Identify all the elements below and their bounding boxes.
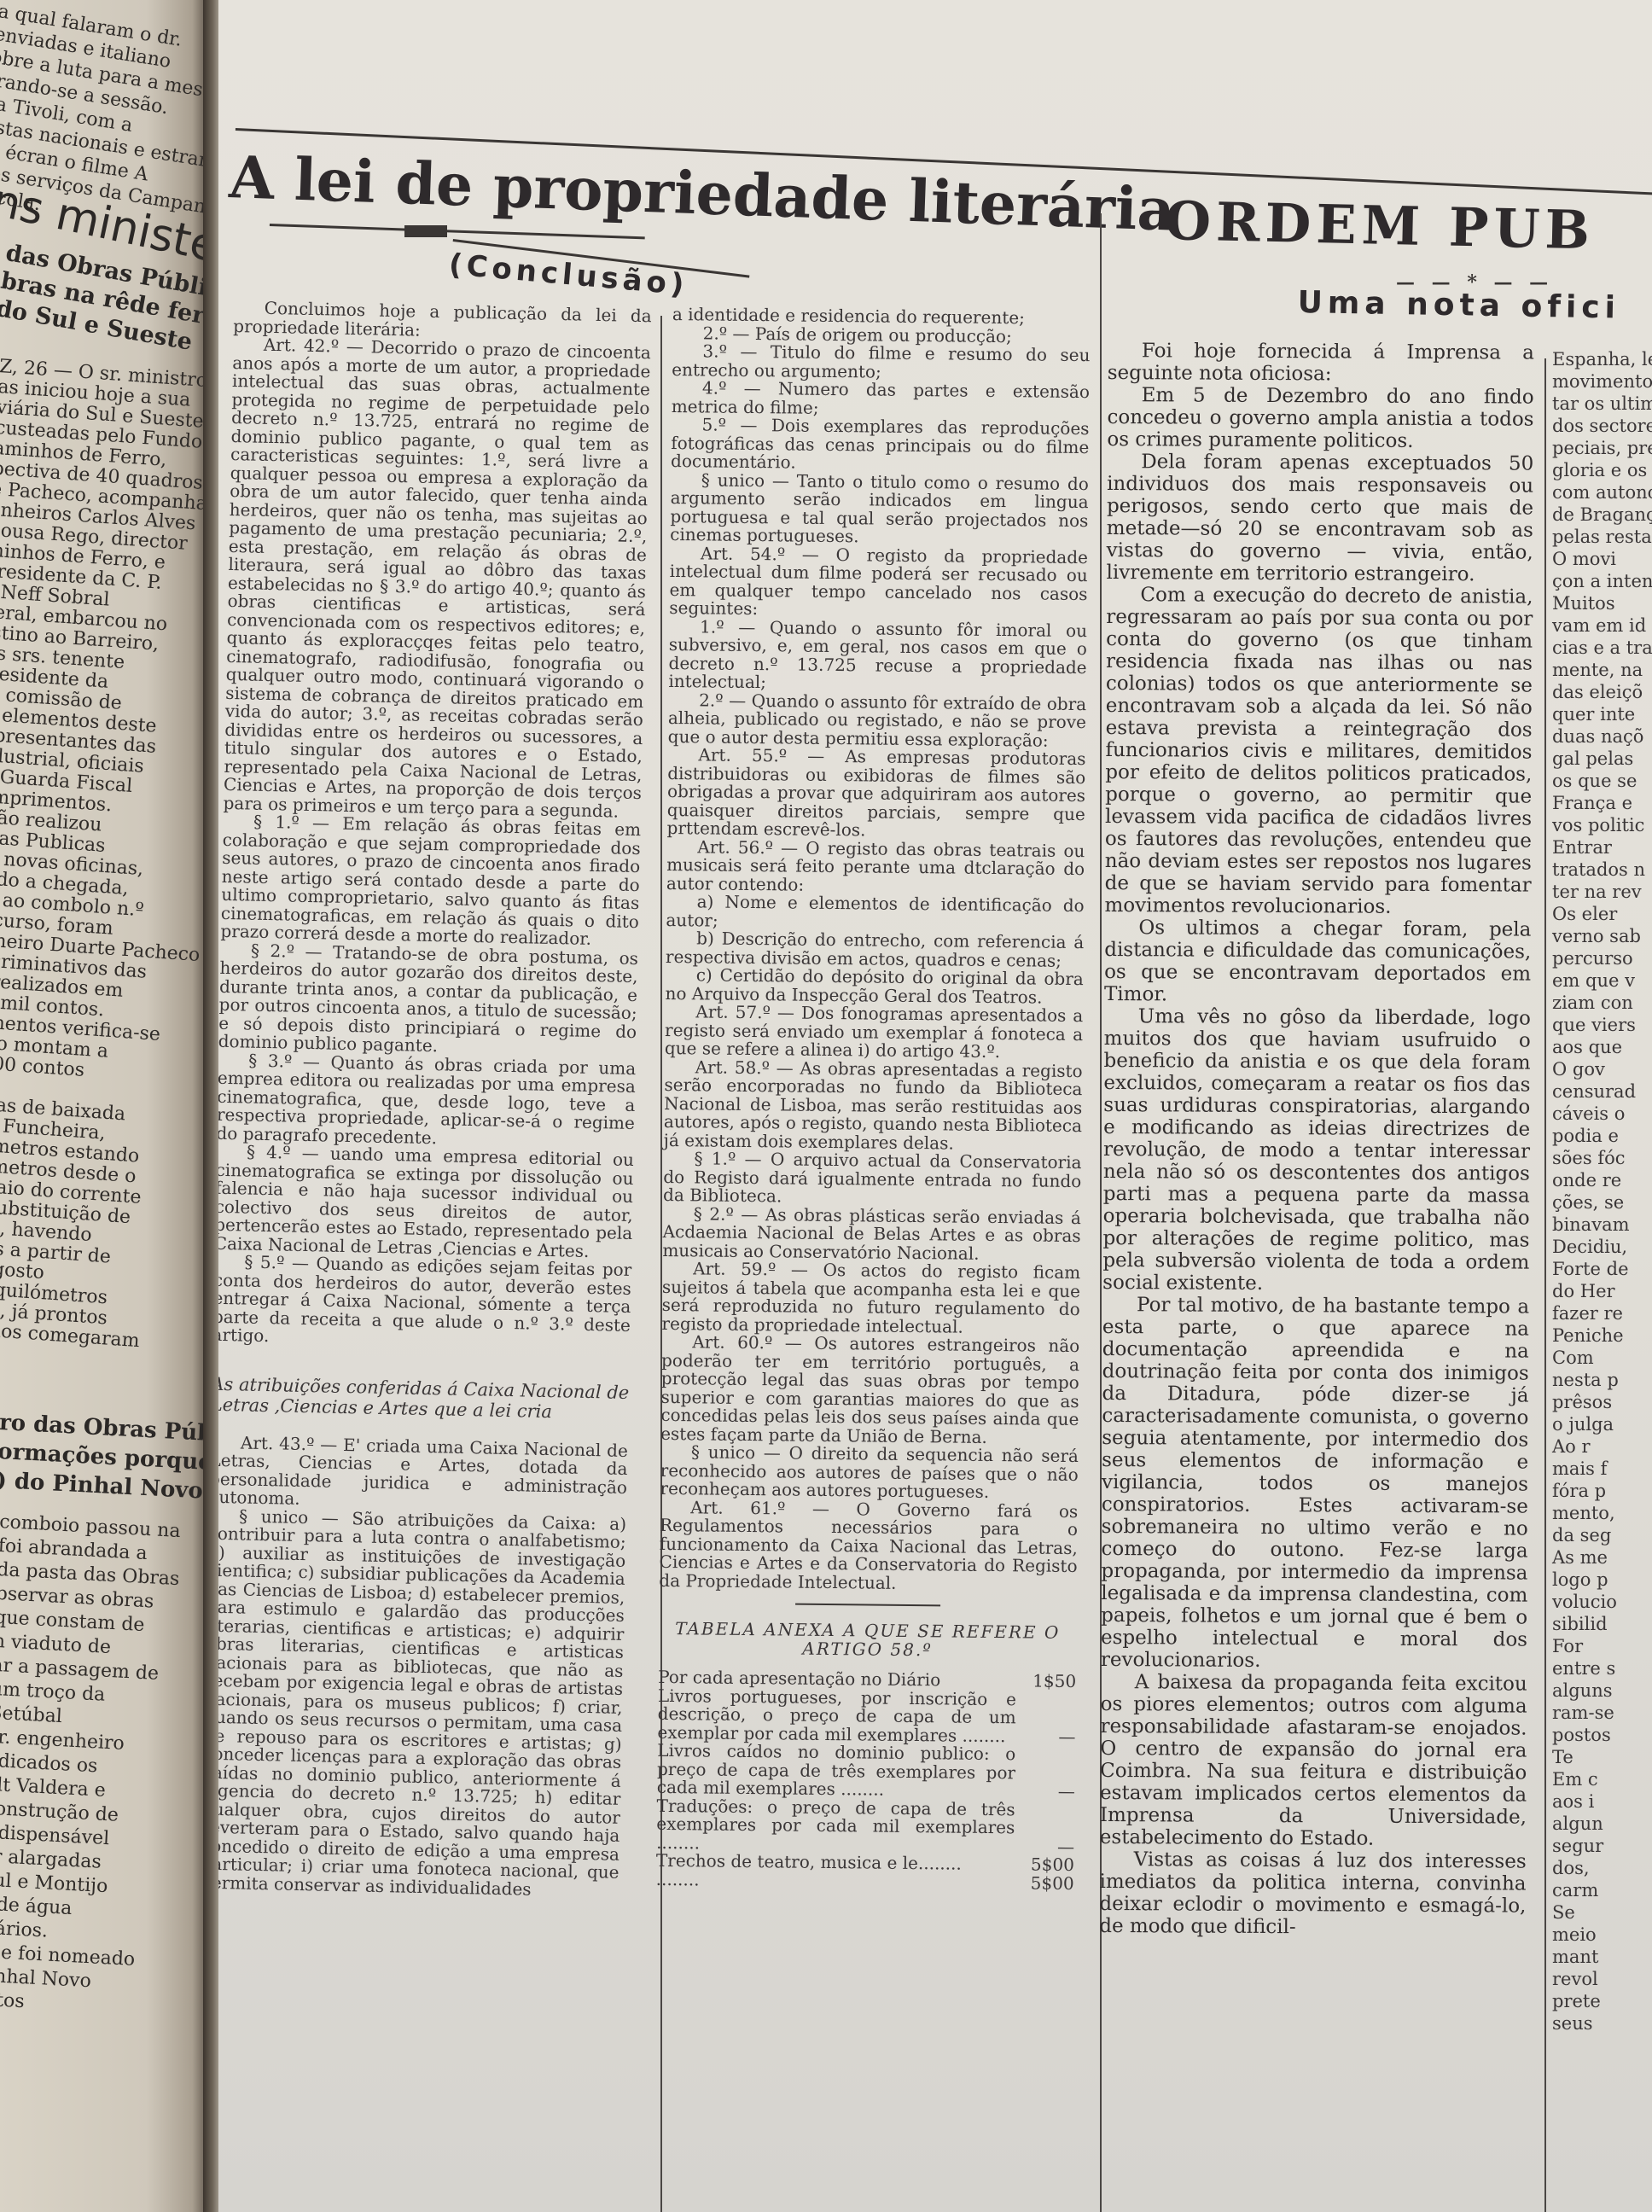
text-line: prete — [1552, 1990, 1652, 2012]
paragraph: Art. 61.º — O Governo fará os Regulament… — [659, 1498, 1078, 1594]
text-line: algun — [1552, 1813, 1652, 1835]
text-line: Forte de — [1552, 1258, 1652, 1280]
title-underline-center-block — [404, 225, 447, 237]
text-line: sibilid — [1552, 1613, 1652, 1635]
paragraph: § unico — O direito da sequencia não ser… — [660, 1443, 1079, 1503]
paragraph: 5.º — Dois exemplares das reproduções fo… — [671, 416, 1090, 475]
text-line: o julga — [1552, 1413, 1652, 1435]
paragraph: Art. 42.º — Decorrido o prazo de cincoen… — [223, 335, 651, 821]
text-line: onde re — [1552, 1169, 1652, 1191]
text-line: de Bragança — [1552, 504, 1652, 526]
text-line: censurad — [1552, 1080, 1652, 1103]
text-line: Espanha, le — [1552, 348, 1652, 370]
text-line: ram-se — [1552, 1702, 1652, 1724]
text-line: quer inte — [1552, 703, 1652, 725]
text-line: dos sectores — [1552, 415, 1652, 437]
text-line: verno sab — [1552, 925, 1652, 947]
text-line: ções, se — [1552, 1191, 1652, 1214]
text-line: logo p — [1552, 1569, 1652, 1591]
text-line: pelas resta — [1552, 526, 1652, 548]
paragraph: Art. 56.º — O registo das obras teatrais… — [666, 837, 1085, 897]
paragraph: Uma vês no gôso da liberdade, logo muito… — [1102, 1005, 1531, 1296]
paragraph: Art. 60.º — Os autores estrangeiros não … — [660, 1333, 1079, 1447]
paragraph: Em 5 de Dezembro do ano findo concedeu o… — [1107, 384, 1533, 453]
article-title-ordem-publica: ORDEM PUB — [1164, 189, 1595, 261]
text-line: tar os ultim — [1552, 393, 1652, 415]
paragraph: § unico — São atribuições da Caixa: a) c… — [218, 1506, 626, 1901]
text-line: Os eler — [1552, 903, 1652, 925]
text-line: peciais, pre — [1552, 437, 1652, 459]
text-line: cias e a tra — [1552, 637, 1652, 659]
paragraph: Os ultimos a chegar foram, pela distanci… — [1104, 917, 1532, 1008]
text-line: meio — [1552, 1924, 1652, 1946]
table-cell-price: — — [1024, 1727, 1075, 1746]
paragraph: Dela foram apenas exceptuados 50 individ… — [1107, 451, 1534, 586]
left-page-subheading-2: ro das Obras Públicasormações porque pas… — [0, 1408, 209, 1511]
text-line: tratados n — [1552, 859, 1652, 881]
text-line: dos, — [1552, 1857, 1652, 1879]
text-line: duas naçõ — [1552, 725, 1652, 748]
paragraph: § 2.º — Tratando-se de obra postuma, os … — [218, 940, 638, 1059]
left-page: a qual falaram o dr.enviadas e italianoo… — [0, 0, 209, 2212]
paragraph: Com a execução do decreto de anistia, re… — [1104, 584, 1533, 919]
text-line: movimento — [1552, 370, 1652, 393]
paragraph: Foi hoje fornecida á Imprensa a seguinte… — [1108, 340, 1534, 387]
text-line: Ao r — [1552, 1435, 1652, 1458]
table-divider — [795, 1604, 940, 1607]
text-line: volucio — [1552, 1591, 1652, 1613]
text-line: binavam — [1552, 1214, 1652, 1236]
title-underline — [270, 224, 645, 239]
fee-table: Por cada apresentação no Diário1$50 Livr… — [656, 1668, 1077, 1893]
text-line: do Her — [1552, 1280, 1652, 1302]
text-line: mant — [1552, 1946, 1652, 1968]
text-line: da seg — [1552, 1524, 1652, 1546]
text-line: vos politic — [1552, 814, 1652, 836]
paragraph: § unico — Tanto o titulo como o resumo d… — [670, 470, 1089, 548]
table-cell-desc: Livros portugueses, por inscrição e desc… — [657, 1686, 1025, 1745]
article2-column-2-partial: Espanha, lemovimentotar os ultimdos sect… — [1552, 348, 1652, 2034]
paragraph: 1.º — Quando o assunto fôr imoral ou sub… — [668, 617, 1087, 695]
text-line: fazer re — [1552, 1302, 1652, 1324]
text-line: com autono — [1552, 481, 1652, 504]
text-line: sões fóc — [1552, 1147, 1652, 1169]
table-row: Livros portugueses, por inscrição e desc… — [657, 1686, 1076, 1746]
article2-column-1: Foi hoje fornecida á Imprensa a seguinte… — [1099, 340, 1534, 1940]
text-line: Te — [1552, 1746, 1652, 1768]
text-line: Peniche — [1552, 1324, 1652, 1347]
text-line: O gov — [1552, 1058, 1652, 1080]
text-line: aos i — [1552, 1790, 1652, 1813]
text-line: Entrar — [1552, 836, 1652, 859]
text-line: gloria e os — [1552, 459, 1652, 481]
newspaper-page: A lei de propriedade literária (Conclusã… — [218, 0, 1652, 2212]
text-line: nesta p — [1552, 1369, 1652, 1391]
paragraph: § 3.º — Quanto ás obras criada por uma e… — [218, 1051, 636, 1151]
text-line: alguns — [1552, 1679, 1652, 1702]
table-cell-desc: ........ — [656, 1870, 1023, 1892]
paragraph: A baixesa da propaganda feita excitou os… — [1100, 1671, 1527, 1851]
left-page-body: Z, 26 — O sr. ministroas iniciou hoje a … — [0, 357, 209, 1375]
text-line: Se — [1552, 1901, 1652, 1924]
table-cell-price: 5$00 — [1023, 1855, 1074, 1874]
text-line: podia e — [1552, 1125, 1652, 1147]
text-line: cáveis o — [1552, 1103, 1652, 1125]
text-line: mento, — [1552, 1502, 1652, 1524]
text-line: mais f — [1552, 1458, 1652, 1480]
text-line: Com — [1552, 1347, 1652, 1369]
text-line: fóra p — [1552, 1480, 1652, 1502]
text-line: das eleiçõ — [1552, 681, 1652, 703]
table-cell-desc: Traduções: o preço de capa de três exemp… — [656, 1796, 1024, 1855]
paragraph: § 5.º — Quando as edições sejam feitas p… — [218, 1253, 631, 1353]
text-line: Em c — [1552, 1768, 1652, 1790]
text-line: aos que — [1552, 1036, 1652, 1058]
text-line: em que v — [1552, 969, 1652, 992]
paragraph: § 2.º — As obras plásticas serão enviada… — [662, 1204, 1081, 1264]
text-line: os que se — [1552, 770, 1652, 792]
text-line: que viers — [1552, 1014, 1652, 1036]
table-cell-price: — — [1024, 1782, 1075, 1801]
text-line: revol — [1552, 1968, 1652, 1990]
table-row: Traduções: o preço de capa de três exemp… — [656, 1796, 1075, 1856]
table-row: ........5$00 — [656, 1870, 1074, 1893]
text-line: ter na rev — [1552, 881, 1652, 903]
paragraph: Art. 54.º — O registo da propriedade int… — [669, 544, 1088, 621]
article1-column-1: Concluimos hoje a publicação da lei da p… — [218, 299, 652, 1901]
text-line: For — [1552, 1635, 1652, 1657]
table-cell-price: 5$00 — [1023, 1874, 1074, 1893]
paragraph: Art. 55.º — As empresas produtoras distr… — [666, 746, 1085, 842]
section-subheading: As atribuições conferidas á Caixa Nacion… — [218, 1373, 630, 1423]
text-line: Decidiu, — [1552, 1236, 1652, 1258]
paragraph: Art. 57.º — Dos fonogramas apresentados … — [665, 1003, 1084, 1062]
text-line: Muitos — [1552, 592, 1652, 614]
text-line: seus — [1552, 2012, 1652, 2034]
paragraph: Art. 43.º — E' criada uma Caixa Nacional… — [218, 1433, 628, 1515]
paragraph: § 4.º — uando uma empresa editorial ou c… — [218, 1143, 634, 1261]
column-divider-right — [1544, 358, 1546, 2212]
table-cell-desc: Livros caídos no dominio publico: o preç… — [657, 1742, 1025, 1801]
text-line: gal pelas — [1552, 748, 1652, 770]
text-line: As me — [1552, 1546, 1652, 1569]
article-subtitle-nota-oficiosa: Uma nota ofici — [1297, 285, 1620, 326]
paragraph: § 1.º — Em relação ás obras feitas em co… — [220, 812, 641, 950]
text-line: segur — [1552, 1835, 1652, 1857]
fee-table-title: TABELA ANEXA A QUE SE REFERE O ARTIGO 58… — [658, 1619, 1076, 1661]
text-line: çon a intens — [1552, 570, 1652, 592]
text-line: mente, na — [1552, 659, 1652, 681]
paragraph: Art. 59.º — Os actos do registo ficam su… — [661, 1260, 1080, 1337]
paragraph: Por tal motivo, de ha bastante tempo a e… — [1101, 1294, 1529, 1674]
text-line: postos — [1552, 1724, 1652, 1746]
text-line: O movi — [1552, 548, 1652, 570]
text-line: prêsos — [1552, 1391, 1652, 1413]
text-line: entre s — [1552, 1657, 1652, 1679]
text-line: ziam con — [1552, 992, 1652, 1014]
paragraph: Art. 58.º — As obras apresentadas a regi… — [664, 1057, 1083, 1154]
paragraph: 2.º — Quando o assunto fôr extraído de o… — [668, 690, 1087, 750]
text-line: França e — [1552, 792, 1652, 814]
text-line: carm — [1552, 1879, 1652, 1901]
text-line: vam em id — [1552, 614, 1652, 637]
left-page-body-2: comboio passou nafoi abrandada ada pasta… — [0, 1511, 183, 2021]
text-line: percurso — [1552, 947, 1652, 969]
table-cell-price: 1$50 — [1025, 1672, 1076, 1691]
paragraph: Vistas as coisas á luz dos interesses im… — [1099, 1848, 1527, 1940]
table-row: Livros caídos no dominio publico: o preç… — [657, 1742, 1076, 1802]
article1-column-2: a identidade e residencia do requerente;… — [656, 306, 1091, 1893]
paragraph: § 1.º — O arquivo actual da Conservatori… — [663, 1150, 1082, 1209]
